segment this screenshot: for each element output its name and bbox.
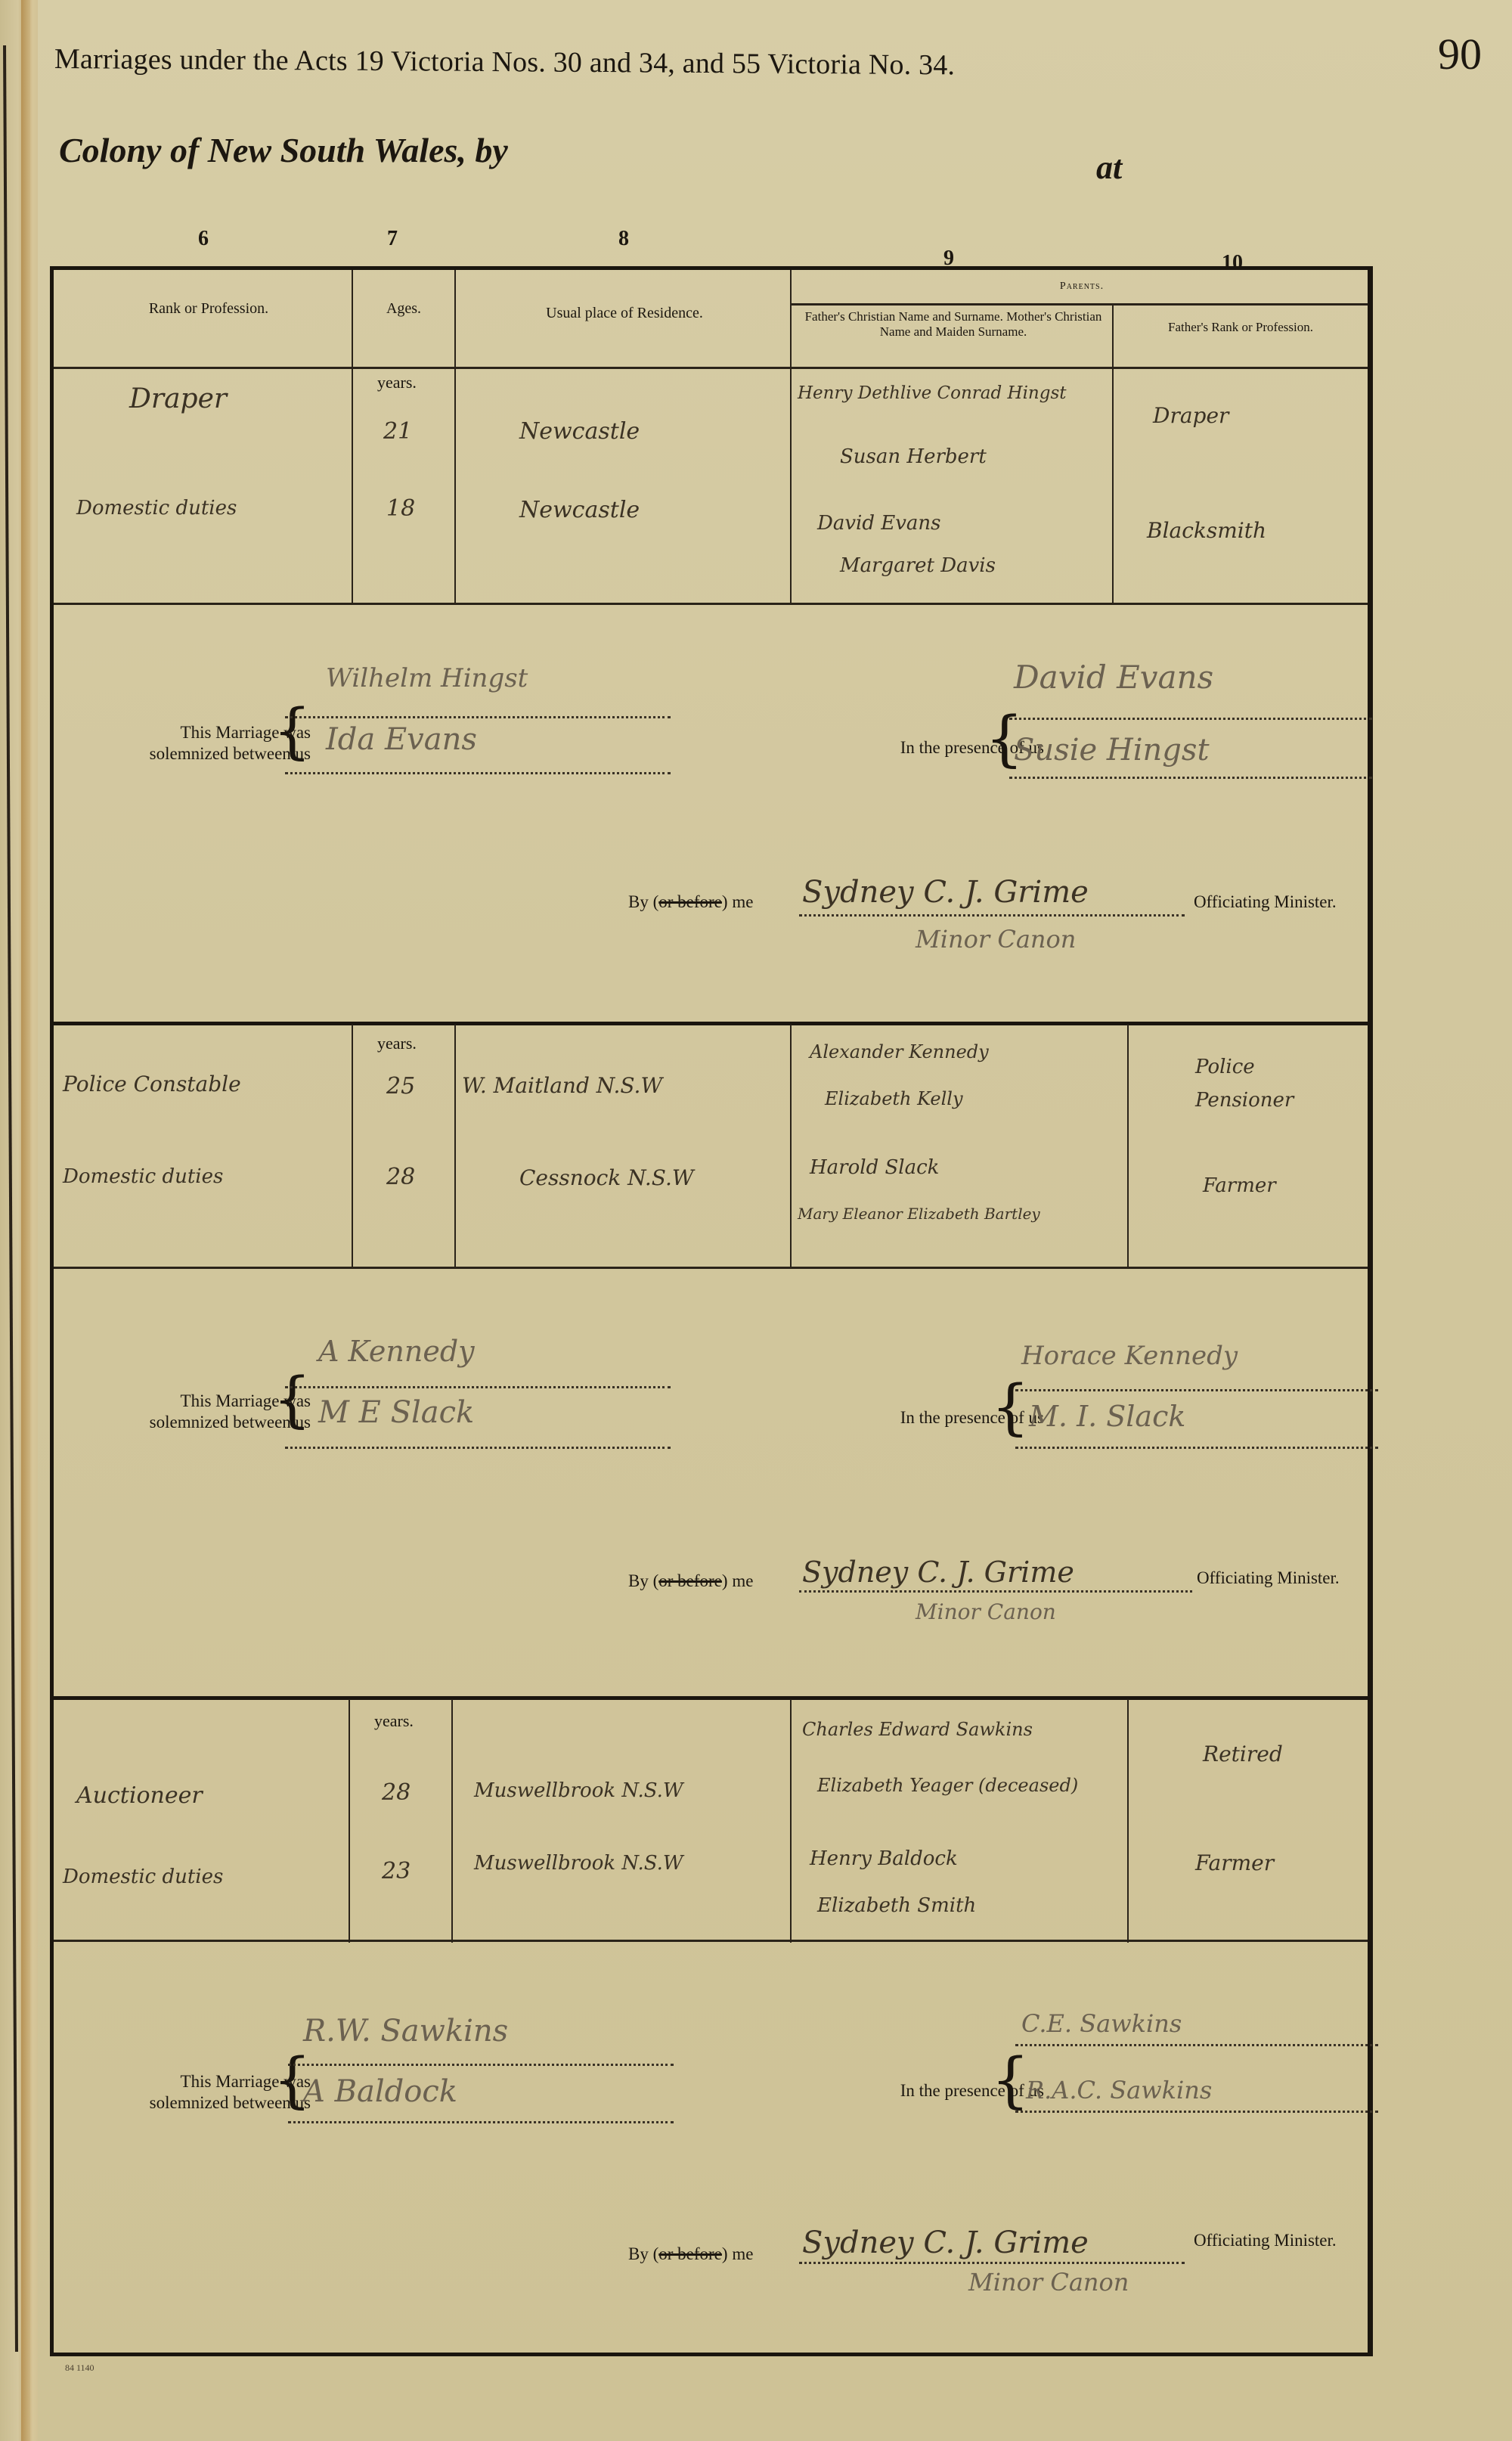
brace-couple: {: [273, 701, 311, 761]
by-text: By (: [628, 2244, 658, 2263]
column-number-7: 7: [387, 227, 398, 251]
minister-line: [799, 1590, 1192, 1593]
groom-mother: Susan Herbert: [840, 445, 987, 468]
witness-line: [1015, 2111, 1378, 2113]
groom-signature: Wilhelm Hingst: [326, 663, 528, 693]
years-label: years.: [374, 1711, 414, 1731]
signature-line: [285, 1386, 671, 1388]
colony-line: Colony of New South Wales, by: [59, 130, 508, 170]
bride-mother: Elizabeth Smith: [817, 1894, 976, 1917]
groom-rank: Draper: [129, 383, 227, 414]
bride-father: David Evans: [817, 512, 941, 535]
groom-residence: W. Maitland N.S.W: [462, 1073, 662, 1098]
entry3-rule: [54, 1940, 1368, 1942]
header-residence: Usual place of Residence.: [462, 305, 787, 322]
groom-rank: Auctioneer: [76, 1782, 203, 1809]
minister-title: Minor Canon: [916, 925, 1076, 954]
bride-signature: A Baldock: [303, 2074, 457, 2109]
bride-rank: Domestic duties: [63, 1866, 223, 1888]
page-number: 90: [1438, 29, 1482, 79]
facing-page-border: [3, 45, 18, 2352]
signature-line: [288, 2121, 674, 2123]
column-number-6: 6: [198, 227, 209, 251]
me-text: ) me: [722, 1571, 754, 1590]
groom-father: Charles Edward Sawkins: [802, 1719, 1033, 1740]
minister-signature: Sydney C. J. Grime: [802, 875, 1089, 910]
entry2-bottom-rule: [54, 1696, 1368, 1700]
witness-1: C.E. Sawkins: [1021, 2009, 1182, 2038]
groom-age: 21: [383, 418, 412, 445]
witness-1: David Evans: [1014, 659, 1213, 696]
signature-line: [288, 2064, 674, 2066]
groom-residence: Muswellbrook N.S.W: [474, 1779, 683, 1802]
signature-line: [285, 1447, 671, 1449]
by-me-label: By (or before) me: [628, 2244, 753, 2265]
form-code: 84 1140: [65, 2362, 94, 2374]
bride-father: Henry Baldock: [810, 1847, 958, 1870]
parents-header-divider: [790, 303, 1368, 306]
witness-line: [1009, 777, 1372, 779]
me-text: ) me: [722, 892, 754, 911]
groom-age: 28: [382, 1779, 411, 1806]
bride-residence: Newcastle: [519, 497, 640, 523]
bride-mother: Margaret Davis: [840, 554, 996, 577]
col-divider: [790, 1025, 792, 1267]
or-before-struck: or before: [658, 2244, 722, 2263]
me-text: ) me: [722, 2244, 754, 2263]
bride-father: Harold Slack: [810, 1156, 939, 1179]
by-me-label: By (or before) me: [628, 1571, 753, 1592]
minister-signature: Sydney C. J. Grime: [802, 1555, 1074, 1589]
col-divider: [790, 1699, 792, 1943]
by-text: By (: [628, 1571, 658, 1590]
groom-mother: Elizabeth Yeager (deceased): [817, 1775, 1078, 1796]
bride-residence: Muswellbrook N.S.W: [474, 1852, 683, 1875]
witness-1: Horace Kennedy: [1021, 1341, 1238, 1371]
entry1-bottom-rule: [54, 1022, 1368, 1025]
bride-father-rank: Farmer: [1203, 1174, 1276, 1197]
col-divider: [451, 1699, 453, 1943]
bride-rank: Domestic duties: [63, 1165, 223, 1188]
header-parents: Parents.: [795, 281, 1369, 293]
witness-line: [1015, 2044, 1378, 2046]
witness-line: [1009, 718, 1372, 720]
col-divider-rank-age: [352, 270, 353, 603]
brace-witnesses: {: [991, 2050, 1030, 2111]
groom-father-rank: Police Pensioner: [1195, 1050, 1346, 1117]
minister-title: Minor Canon: [916, 1599, 1056, 1624]
groom-father-rank: Draper: [1153, 403, 1228, 428]
minister-line: [799, 914, 1185, 917]
col-divider: [454, 1025, 456, 1267]
officiating-label: Officiating Minister.: [1194, 2230, 1337, 2251]
witness-line: [1015, 1389, 1378, 1391]
header-parents-names: Father's Christian Name and Surname. Mot…: [802, 309, 1105, 339]
minister-title: Minor Canon: [968, 2268, 1129, 2297]
column-number-8: 8: [618, 227, 629, 251]
groom-father: Alexander Kennedy: [810, 1041, 989, 1062]
bride-signature: Ida Evans: [326, 722, 477, 757]
col-divider-age-residence: [454, 270, 456, 603]
years-label: years.: [377, 1034, 417, 1053]
groom-residence: Newcastle: [519, 418, 640, 445]
signature-line: [285, 772, 671, 774]
groom-father-rank: Retired: [1203, 1742, 1283, 1766]
col-divider-parents-rank: [1112, 303, 1114, 603]
minister-signature: Sydney C. J. Grime: [802, 2225, 1089, 2260]
groom-rank: Police Constable: [63, 1072, 241, 1096]
minister-line: [799, 2262, 1185, 2264]
officiating-label: Officiating Minister.: [1197, 1568, 1340, 1589]
header-father-rank: Father's Rank or Profession.: [1120, 320, 1362, 335]
col-divider-residence-parents: [790, 270, 792, 603]
bride-age: 28: [386, 1164, 415, 1190]
col-divider: [349, 1699, 350, 1943]
witness-2: Susie Hingst: [1014, 733, 1210, 768]
bride-father-rank: Blacksmith: [1147, 518, 1266, 543]
bride-age: 18: [386, 495, 415, 522]
col-divider: [1127, 1025, 1129, 1267]
groom-father: Henry Dethlive Conrad Hingst: [798, 383, 1067, 403]
groom-signature: A Kennedy: [318, 1335, 475, 1368]
register-table: Rank or Profession. Ages. Usual place of…: [50, 266, 1373, 2356]
witness-line: [1015, 1447, 1378, 1449]
years-label: years.: [377, 373, 417, 392]
groom-signature: R.W. Sawkins: [303, 2014, 508, 2049]
officiating-label: Officiating Minister.: [1194, 892, 1337, 913]
col-divider: [1127, 1699, 1129, 1943]
or-before-struck: or before: [658, 1571, 722, 1590]
bride-rank: Domestic duties: [76, 497, 237, 520]
brace-couple: {: [273, 1369, 311, 1430]
col-divider: [352, 1025, 353, 1267]
groom-age: 25: [386, 1073, 415, 1100]
by-text: By (: [628, 892, 658, 911]
bride-age: 23: [382, 1858, 411, 1884]
by-me-label: By (or before) me: [628, 892, 753, 913]
bride-father-rank: Farmer: [1195, 1850, 1274, 1875]
witness-2: M. I. Slack: [1029, 1400, 1185, 1433]
witness-2: R.A.C. Sawkins: [1026, 2076, 1212, 2104]
entry2-rule: [54, 1267, 1368, 1269]
groom-mother: Elizabeth Kelly: [825, 1088, 963, 1109]
header-bottom-rule: [54, 367, 1368, 369]
bride-signature: M E Slack: [318, 1395, 474, 1430]
entry1-rule: [54, 603, 1368, 605]
header-ages: Ages.: [355, 300, 453, 318]
header-rank: Rank or Profession.: [84, 300, 333, 318]
register-title: Marriages under the Acts 19 Victoria Nos…: [54, 42, 955, 82]
at-label: at: [1096, 148, 1122, 187]
brace-witnesses: {: [991, 1377, 1030, 1438]
bride-residence: Cessnock N.S.W: [519, 1165, 694, 1190]
bride-mother: Mary Eleanor Elizabeth Bartley: [798, 1205, 1040, 1223]
or-before-struck: or before: [658, 892, 722, 911]
signature-line: [285, 716, 671, 718]
